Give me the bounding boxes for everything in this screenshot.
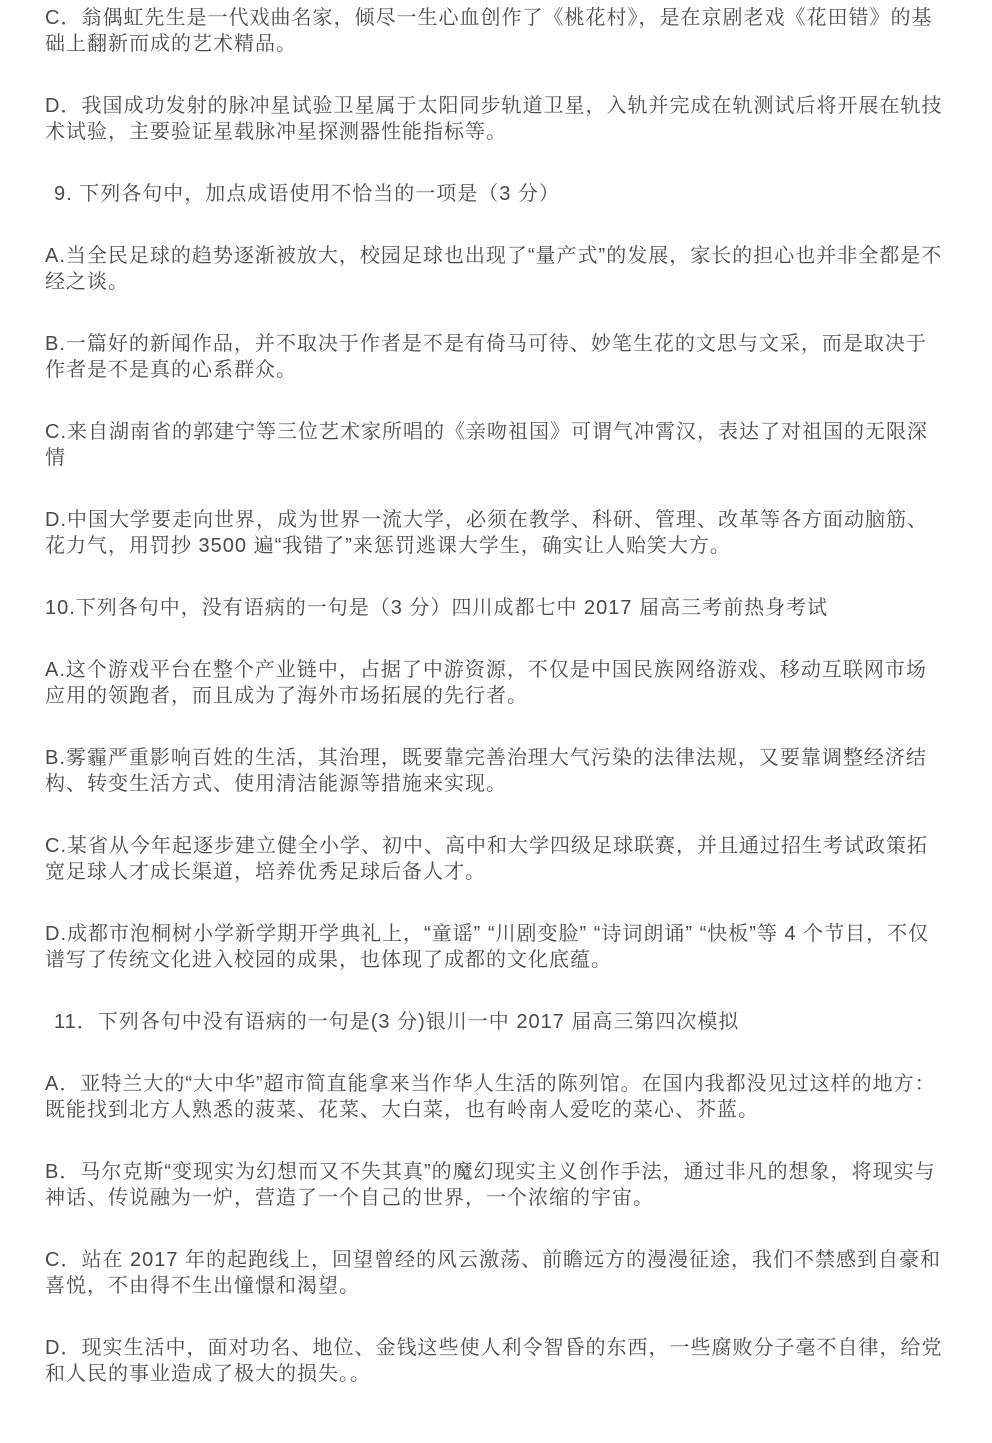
question-9-stem: 9. 下列各句中，加点成语使用不恰当的一项是（3 分） <box>45 181 947 207</box>
question-11-option-a: A．亚特兰大的“大中华”超市简直能拿来当作华人生活的陈列馆。在国内我都没见过这样… <box>45 1071 947 1123</box>
question-11-option-c: C．站在 2017 年的起跑线上，回望曾经的风云激荡、前瞻远方的漫漫征途，我们不… <box>45 1247 947 1299</box>
prev-question-option-d: D．我国成功发射的脉冲星试验卫星属于太阳同步轨道卫星，入轨并完成在轨测试后将开展… <box>45 93 947 145</box>
question-10-option-b: B.雾霾严重影响百姓的生活，其治理，既要靠完善治理大气污染的法律法规，又要靠调整… <box>45 745 947 797</box>
question-11-option-d: D．现实生活中，面对功名、地位、金钱这些使人利令智昏的东西，一些腐败分子毫不自律… <box>45 1335 947 1387</box>
exam-document-page: C．翁偶虹先生是一代戏曲名家，倾尽一生心血创作了《桃花村》，是在京剧老戏《花田错… <box>0 0 992 1443</box>
question-9: 9. 下列各句中，加点成语使用不恰当的一项是（3 分） A.当全民足球的趋势逐渐… <box>45 181 947 559</box>
question-11: 11．下列各句中没有语病的一句是(3 分)银川一中 2017 届高三第四次模拟 … <box>45 1009 947 1387</box>
question-11-stem: 11．下列各句中没有语病的一句是(3 分)银川一中 2017 届高三第四次模拟 <box>45 1009 947 1035</box>
question-9-option-b: B.一篇好的新闻作品，并不取决于作者是不是有倚马可待、妙笔生花的文思与文采，而是… <box>45 331 947 383</box>
question-10-option-d: D.成都市泡桐树小学新学期开学典礼上，“童谣” “川剧变脸” “诗词朗诵” “快… <box>45 921 947 973</box>
prev-question-option-c: C．翁偶虹先生是一代戏曲名家，倾尽一生心血创作了《桃花村》，是在京剧老戏《花田错… <box>45 5 947 57</box>
question-10-stem: 10.下列各句中，没有语病的一句是（3 分）四川成都七中 2017 届高三考前热… <box>45 595 947 621</box>
question-9-option-c: C.来自湖南省的郭建宁等三位艺术家所唱的《亲吻祖国》可谓气冲霄汉，表达了对祖国的… <box>45 419 947 471</box>
question-9-option-d: D.中国大学要走向世界，成为世界一流大学，必须在教学、科研、管理、改革等各方面动… <box>45 507 947 559</box>
question-10: 10.下列各句中，没有语病的一句是（3 分）四川成都七中 2017 届高三考前热… <box>45 595 947 973</box>
question-9-option-a: A.当全民足球的趋势逐渐被放大，校园足球也出现了“量产式”的发展，家长的担心也并… <box>45 243 947 295</box>
question-10-option-a: A.这个游戏平台在整个产业链中，占据了中游资源，不仅是中国民族网络游戏、移动互联… <box>45 657 947 709</box>
question-11-option-b: B．马尔克斯“变现实为幻想而又不失其真”的魔幻现实主义创作手法，通过非凡的想象，… <box>45 1159 947 1211</box>
question-10-option-c: C.某省从今年起逐步建立健全小学、初中、高中和大学四级足球联赛，并且通过招生考试… <box>45 833 947 885</box>
